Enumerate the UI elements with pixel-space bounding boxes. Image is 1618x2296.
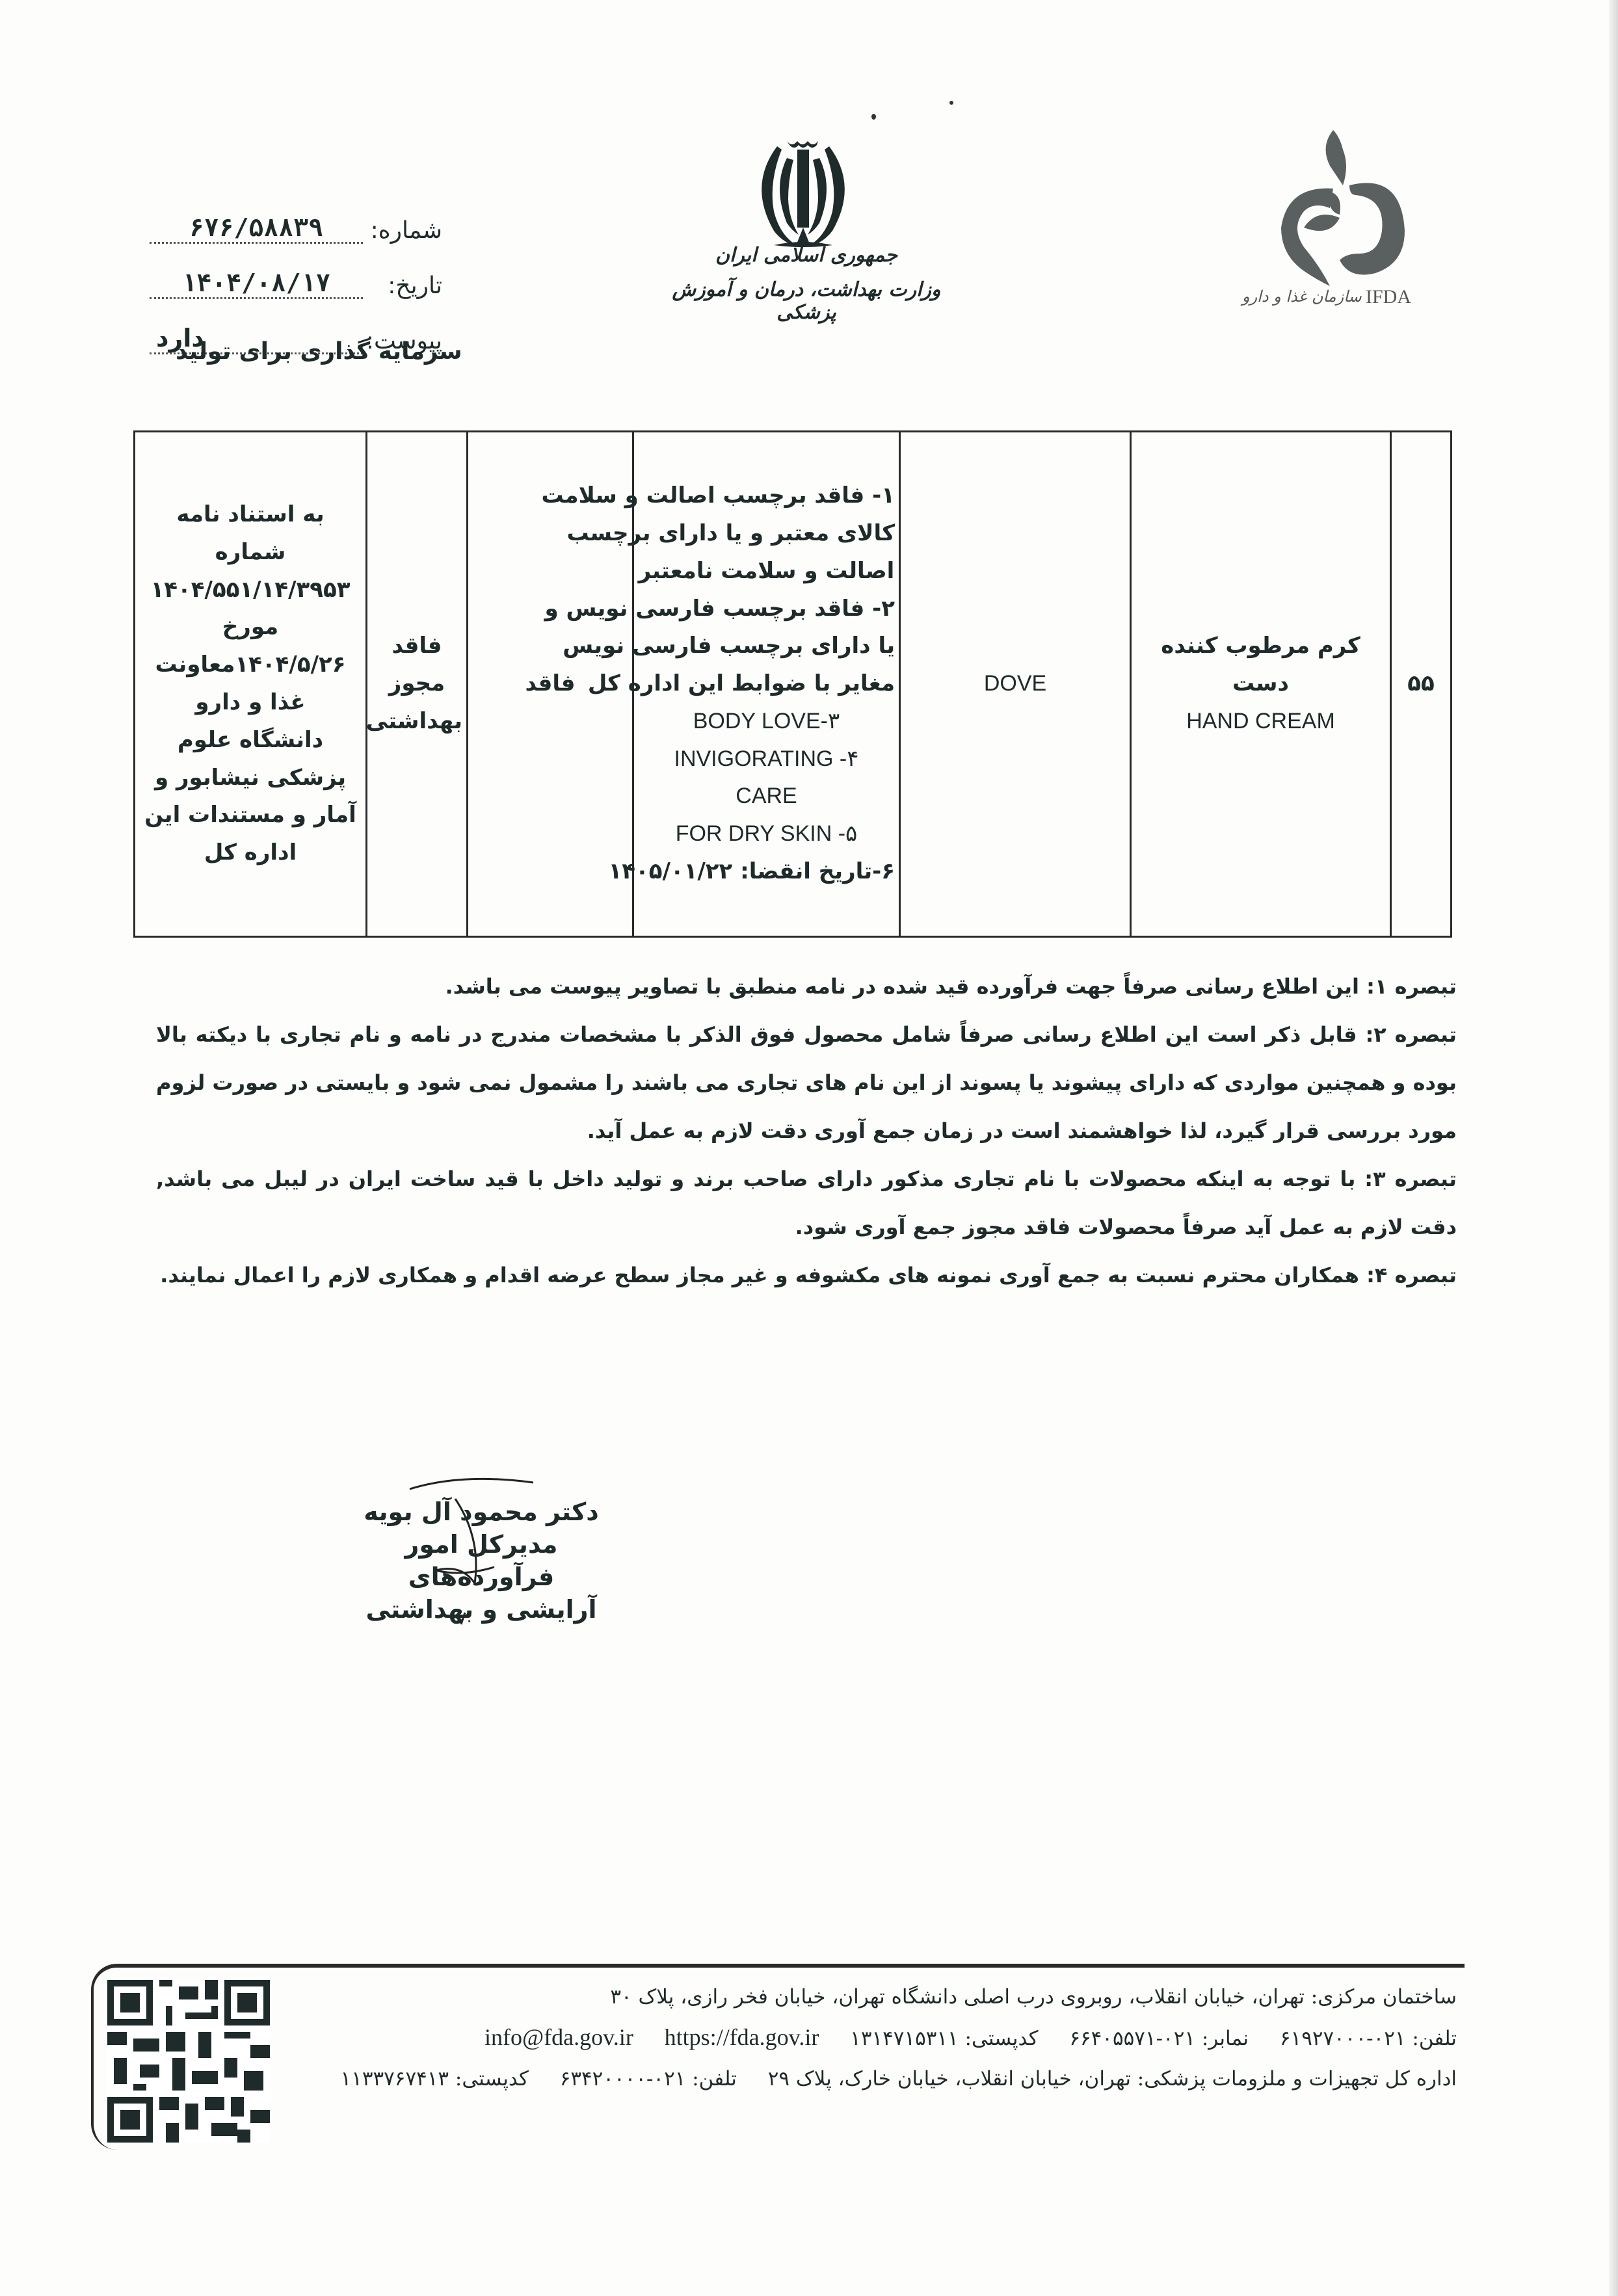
central-phone: تلفن: ۰۲۱-۶۱۹۲۷۰۰۰ xyxy=(1280,2027,1457,2050)
scan-speck xyxy=(949,101,953,105)
signatory-title-line1: مدیرکل امور فرآورده‌های xyxy=(338,1528,624,1593)
gov-title-line1: جمهوری اسلامی ایران xyxy=(650,244,962,267)
qr-code-icon xyxy=(107,1980,270,2143)
equipment-office: اداره کل تجهیزات و ملزومات پزشکی: تهران،… xyxy=(280,2059,1457,2099)
issue-line: ۲- فاقد برچسب فارسی نویس و xyxy=(638,590,895,628)
ifda-logo-text: IFDA xyxy=(1366,286,1411,308)
note-1: تبصره ۱: این اطلاع رسانی صرفاً جهت فرآور… xyxy=(156,962,1457,1010)
reference-line: به استناد نامه شماره xyxy=(139,496,362,572)
permit-cell: فاقد مجوز بهداشتی xyxy=(367,432,468,937)
gov-title-line2: وزارت بهداشت، درمان و آموزش پزشکی xyxy=(650,278,962,324)
letter-date-value: ۱۴۰۴/۰۸/۱۷ xyxy=(150,269,363,299)
letter-date-label: تاریخ: xyxy=(371,272,442,299)
issue-line: INVIGORATING -۴ xyxy=(638,741,895,778)
equipment-address: اداره کل تجهیزات و ملزومات پزشکی: تهران،… xyxy=(768,2067,1457,2091)
issue-line: CARE xyxy=(638,778,895,815)
scan-edge-shadow xyxy=(1609,0,1618,2296)
scan-speck xyxy=(871,114,876,120)
central-postal-code: کدپستی: ۱۳۱۴۷۱۵۳۱۱ xyxy=(850,2027,1038,2050)
letter-page: شماره: ۶۷۶/۵۸۸۳۹ تاریخ: ۱۴۰۴/۰۸/۱۷ پیوست… xyxy=(0,0,1618,2296)
issue-line: BODY LOVE-۳ xyxy=(638,703,895,741)
letter-meta: شماره: ۶۷۶/۵۸۸۳۹ تاریخ: ۱۴۰۴/۰۸/۱۷ پیوست… xyxy=(150,189,442,354)
ifda-logo-persian-text: سازمان غذا و دارو xyxy=(1242,287,1362,306)
email-link[interactable]: info@fda.gov.ir xyxy=(484,2024,633,2050)
issue-line: اصالت و سلامت نامعتبر xyxy=(638,553,895,590)
letter-number-label: شماره: xyxy=(371,217,442,244)
central-fax: نمابر: ۰۲۱-۶۶۴۰۵۵۷۱ xyxy=(1069,2027,1249,2050)
reference-cell: به استناد نامه شماره ۱۴۰۴/۵۵۱/۱۴/۳۹۵۳ مو… xyxy=(135,432,367,937)
equipment-postal-code: کدپستی: ۱۱۳۳۷۶۷۴۱۳ xyxy=(341,2067,529,2091)
issue-line: کالای معتبر و یا دارای برچسب xyxy=(638,515,895,553)
table-row: ۵۵ کرم مرطوب کننده دست HAND CREAM DOVE ۱… xyxy=(135,432,1452,937)
central-contacts: تلفن: ۰۲۱-۶۱۹۲۷۰۰۰ نمابر: ۰۲۱-۶۶۴۰۵۵۷۱ ک… xyxy=(280,2017,1457,2059)
product-table: ۵۵ کرم مرطوب کننده دست HAND CREAM DOVE ۱… xyxy=(133,430,1452,938)
reference-line: آمار و مستندات این اداره کل xyxy=(139,797,362,872)
reference-line: دانشگاه علوم پزشکی نیشابور و xyxy=(139,722,362,797)
product-name-cell: کرم مرطوب کننده دست HAND CREAM xyxy=(1131,432,1391,937)
website-link[interactable]: https://fda.gov.ir xyxy=(665,2024,819,2050)
note-4: تبصره ۴: همکاران محترم نسبت به جمع آوری … xyxy=(156,1251,1457,1299)
note-3: تبصره ۳: با توجه به اینکه محصولات با نام… xyxy=(156,1155,1457,1251)
brand-cell: DOVE xyxy=(900,432,1131,937)
signature-block: دکتر محمود آل بویه مدیرکل امور فرآورده‌ه… xyxy=(338,1496,624,1626)
letter-date-row: تاریخ: ۱۴۰۴/۰۸/۱۷ xyxy=(150,244,442,299)
central-address: ساختمان مرکزی: تهران، خیابان انقلاب، روب… xyxy=(280,1977,1457,2017)
issue-line: یا دارای برچسب فارسی نویس xyxy=(638,627,895,665)
row-number-cell: ۵۵ xyxy=(1391,432,1452,937)
ifda-apple-logo-icon xyxy=(1275,124,1405,286)
issue-line: ۱- فاقد برچسب اصالت و سلامت xyxy=(638,477,895,515)
reference-line: ۱۴۰۴/۵/۲۶معاونت غذا و دارو xyxy=(139,646,362,722)
iran-emblem-icon xyxy=(748,133,858,257)
issue-line: مغایر با ضوابط این اداره کل xyxy=(638,665,895,703)
issue-line: ۶-تاریخ انقضا: ۱۴۰۵/۰۱/۲۲ xyxy=(638,853,895,891)
note-2: تبصره ۲: قابل ذکر است این اطلاع رسانی صر… xyxy=(156,1010,1457,1155)
signatory-title-line2: آرایشی و بهداشتی xyxy=(338,1593,624,1626)
reference-line: ۱۴۰۴/۵۵۱/۱۴/۳۹۵۳ مورخ xyxy=(139,572,362,647)
product-name-fa: کرم مرطوب کننده دست xyxy=(1135,627,1386,703)
year-slogan: سرمایه گذاری برای تولید xyxy=(176,338,462,365)
letter-number-row: شماره: ۶۷۶/۵۸۸۳۹ xyxy=(150,189,442,244)
issues-cell: ۱- فاقد برچسب اصالت و سلامت کالای معتبر … xyxy=(633,432,900,937)
issue-line: FOR DRY SKIN -۵ xyxy=(638,815,895,853)
notes-section: تبصره ۱: این اطلاع رسانی صرفاً جهت فرآور… xyxy=(156,962,1457,1299)
footer-contact: ساختمان مرکزی: تهران، خیابان انقلاب، روب… xyxy=(280,1977,1457,2099)
signatory-name: دکتر محمود آل بویه xyxy=(338,1496,624,1528)
product-name-en: HAND CREAM xyxy=(1135,703,1386,741)
letter-number-value: ۶۷۶/۵۸۸۳۹ xyxy=(150,213,363,244)
equipment-phone: تلفن: ۰۲۱-۶۳۴۲۰۰۰۰ xyxy=(560,2067,737,2091)
